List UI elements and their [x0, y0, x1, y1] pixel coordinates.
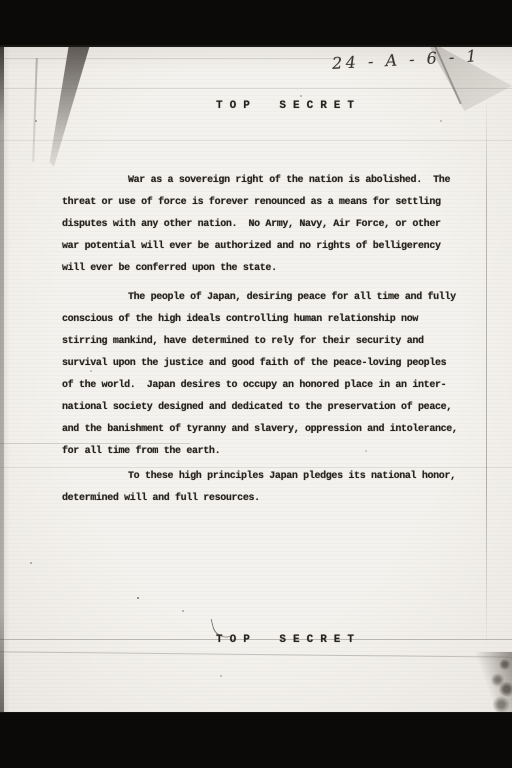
classification-header: TOP SECRET	[216, 100, 361, 112]
typed-line: national society designed and dedicated …	[62, 397, 468, 419]
scanner-band-bottom	[0, 712, 512, 768]
typed-line: and the banishment of tyranny and slaver…	[62, 419, 468, 441]
typed-line: survival upon the justice and good faith…	[62, 353, 468, 375]
classification-footer: TOP SECRET	[216, 634, 361, 646]
paragraph-2: The people of Japan, desiring peace for …	[62, 287, 468, 463]
paragraph-1: War as a sovereign right of the nation i…	[62, 170, 468, 280]
typed-line: conscious of the high ideals controlling…	[62, 309, 468, 331]
typed-line: for all time from the earth.	[62, 441, 468, 463]
typed-line: disputes with any other nation. No Army,…	[62, 214, 468, 236]
scanned-document-page: { "colors": { "paper": "#f2f0ec", "ink":…	[0, 0, 512, 768]
typed-line: will ever be conferred upon the state.	[62, 258, 468, 280]
typed-line: War as a sovereign right of the nation i…	[62, 170, 468, 192]
paragraph-3: To these high principles Japan pledges i…	[62, 466, 468, 510]
typed-line: stirring mankind, have determined to rel…	[62, 331, 468, 353]
typed-line: threat or use of force is forever renoun…	[62, 192, 468, 214]
typed-line: To these high principles Japan pledges i…	[62, 466, 468, 488]
typed-line: determined will and full resources.	[62, 488, 468, 510]
typed-line: of the world. Japan desires to occupy an…	[62, 375, 468, 397]
typed-line: The people of Japan, desiring peace for …	[62, 287, 468, 309]
typed-line: war potential will ever be authorized an…	[62, 236, 468, 258]
scanner-band-top	[0, 0, 512, 47]
